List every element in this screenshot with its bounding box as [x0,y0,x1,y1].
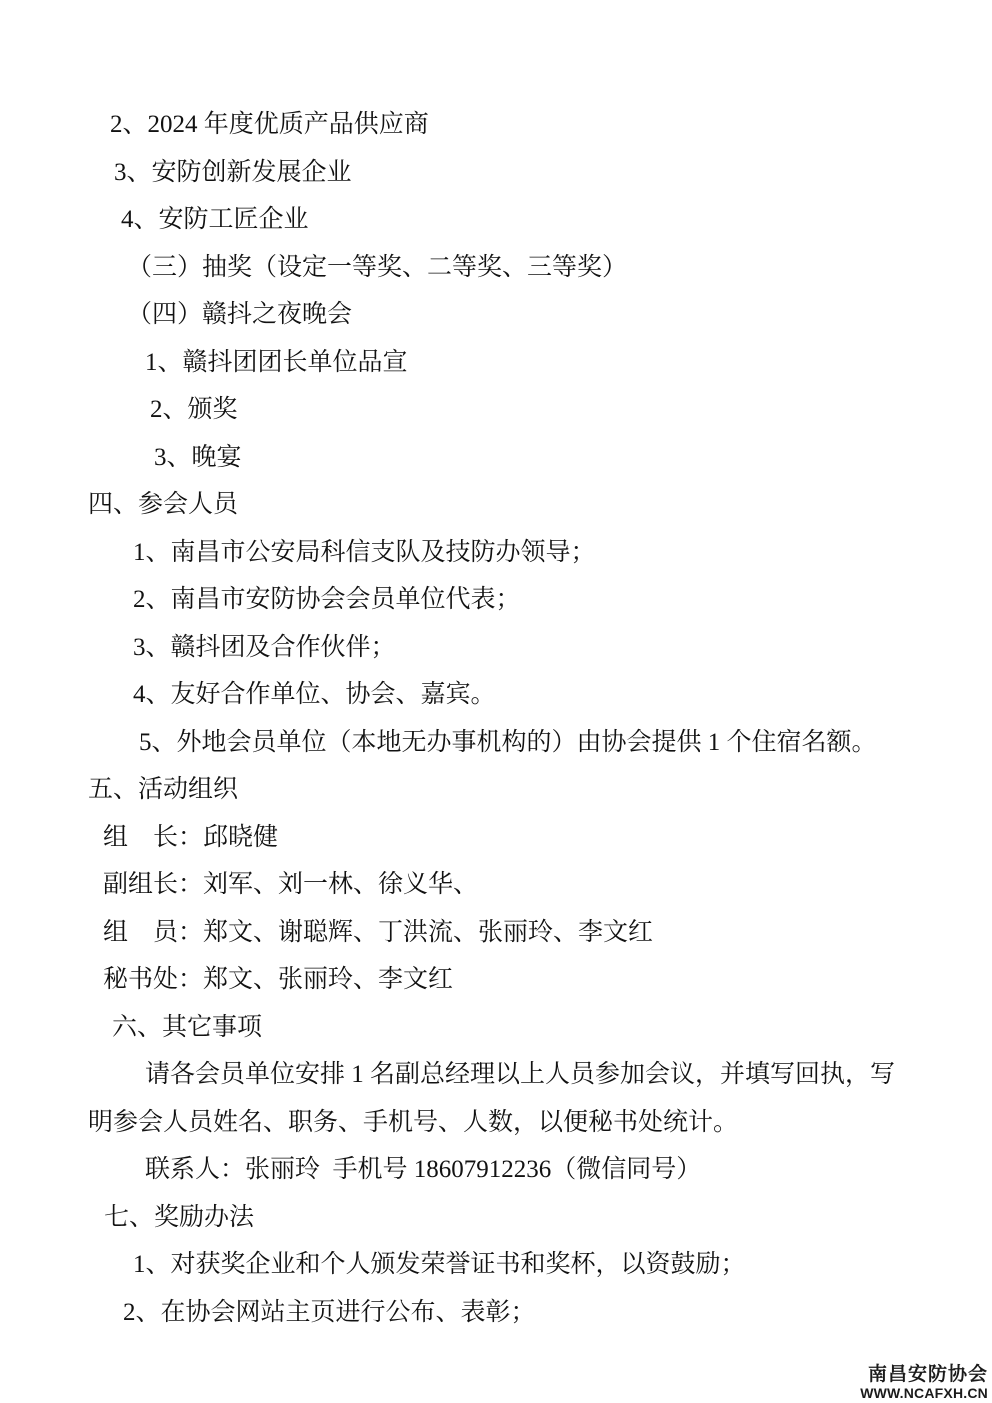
doc-line: 3、赣抖团及合作伙伴； [133,624,908,672]
doc-line: 秘书处：郑文、张丽玲、李文红 [103,956,908,1004]
doc-line: 2、颁奖 [150,386,908,434]
association-name: 南昌安防协会 [860,1365,988,1385]
doc-line: （三）抽奖（设定一等奖、二等奖、三等奖） [127,244,908,292]
doc-line: 五、活动组织 [88,766,908,814]
doc-line: 组 员：郑文、谢聪辉、丁洪流、张丽玲、李文红 [103,909,908,957]
doc-line: 七、奖励办法 [104,1194,908,1242]
doc-line: （四）赣抖之夜晚会 [127,291,908,339]
doc-line: 组 长：邱晓健 [103,814,908,862]
doc-line: 明参会人员姓名、职务、手机号、人数，以便秘书处统计。 [88,1099,908,1147]
doc-line: 2、在协会网站主页进行公布、表彰； [123,1289,908,1337]
doc-line: 联系人：张丽玲 手机号 18607912236（微信同号） [145,1146,908,1194]
doc-line: 四、参会人员 [88,481,908,529]
website-url: WWW.NCAFXH.CN [860,1385,988,1401]
doc-line: 2、南昌市安防协会会员单位代表； [133,576,908,624]
doc-line: 1、赣抖团团长单位品宣 [145,339,908,387]
doc-line: 5、外地会员单位（本地无办事机构的）由协会提供 1 个住宿名额。 [139,719,908,767]
doc-line: 4、安防工匠企业 [121,196,908,244]
doc-line: 3、晚宴 [154,434,908,482]
doc-line: 请各会员单位安排 1 名副总经理以上人员参加会议，并填写回执，写 [145,1051,908,1099]
doc-line: 六、其它事项 [112,1004,908,1052]
doc-line: 3、安防创新发展企业 [114,149,908,197]
doc-line: 2、2024 年度优质产品供应商 [110,101,908,149]
document-body: 2、2024 年度优质产品供应商3、安防创新发展企业4、安防工匠企业（三）抽奖（… [88,101,908,1336]
doc-line: 副组长：刘军、刘一林、徐义华、 [103,861,908,909]
site-watermark: 南昌安防协会 WWW.NCAFXH.CN [860,1365,988,1401]
doc-line: 1、南昌市公安局科信支队及技防办领导； [133,529,908,577]
doc-line: 1、对获奖企业和个人颁发荣誉证书和奖杯，以资鼓励； [133,1241,908,1289]
doc-line: 4、友好合作单位、协会、嘉宾。 [133,671,908,719]
